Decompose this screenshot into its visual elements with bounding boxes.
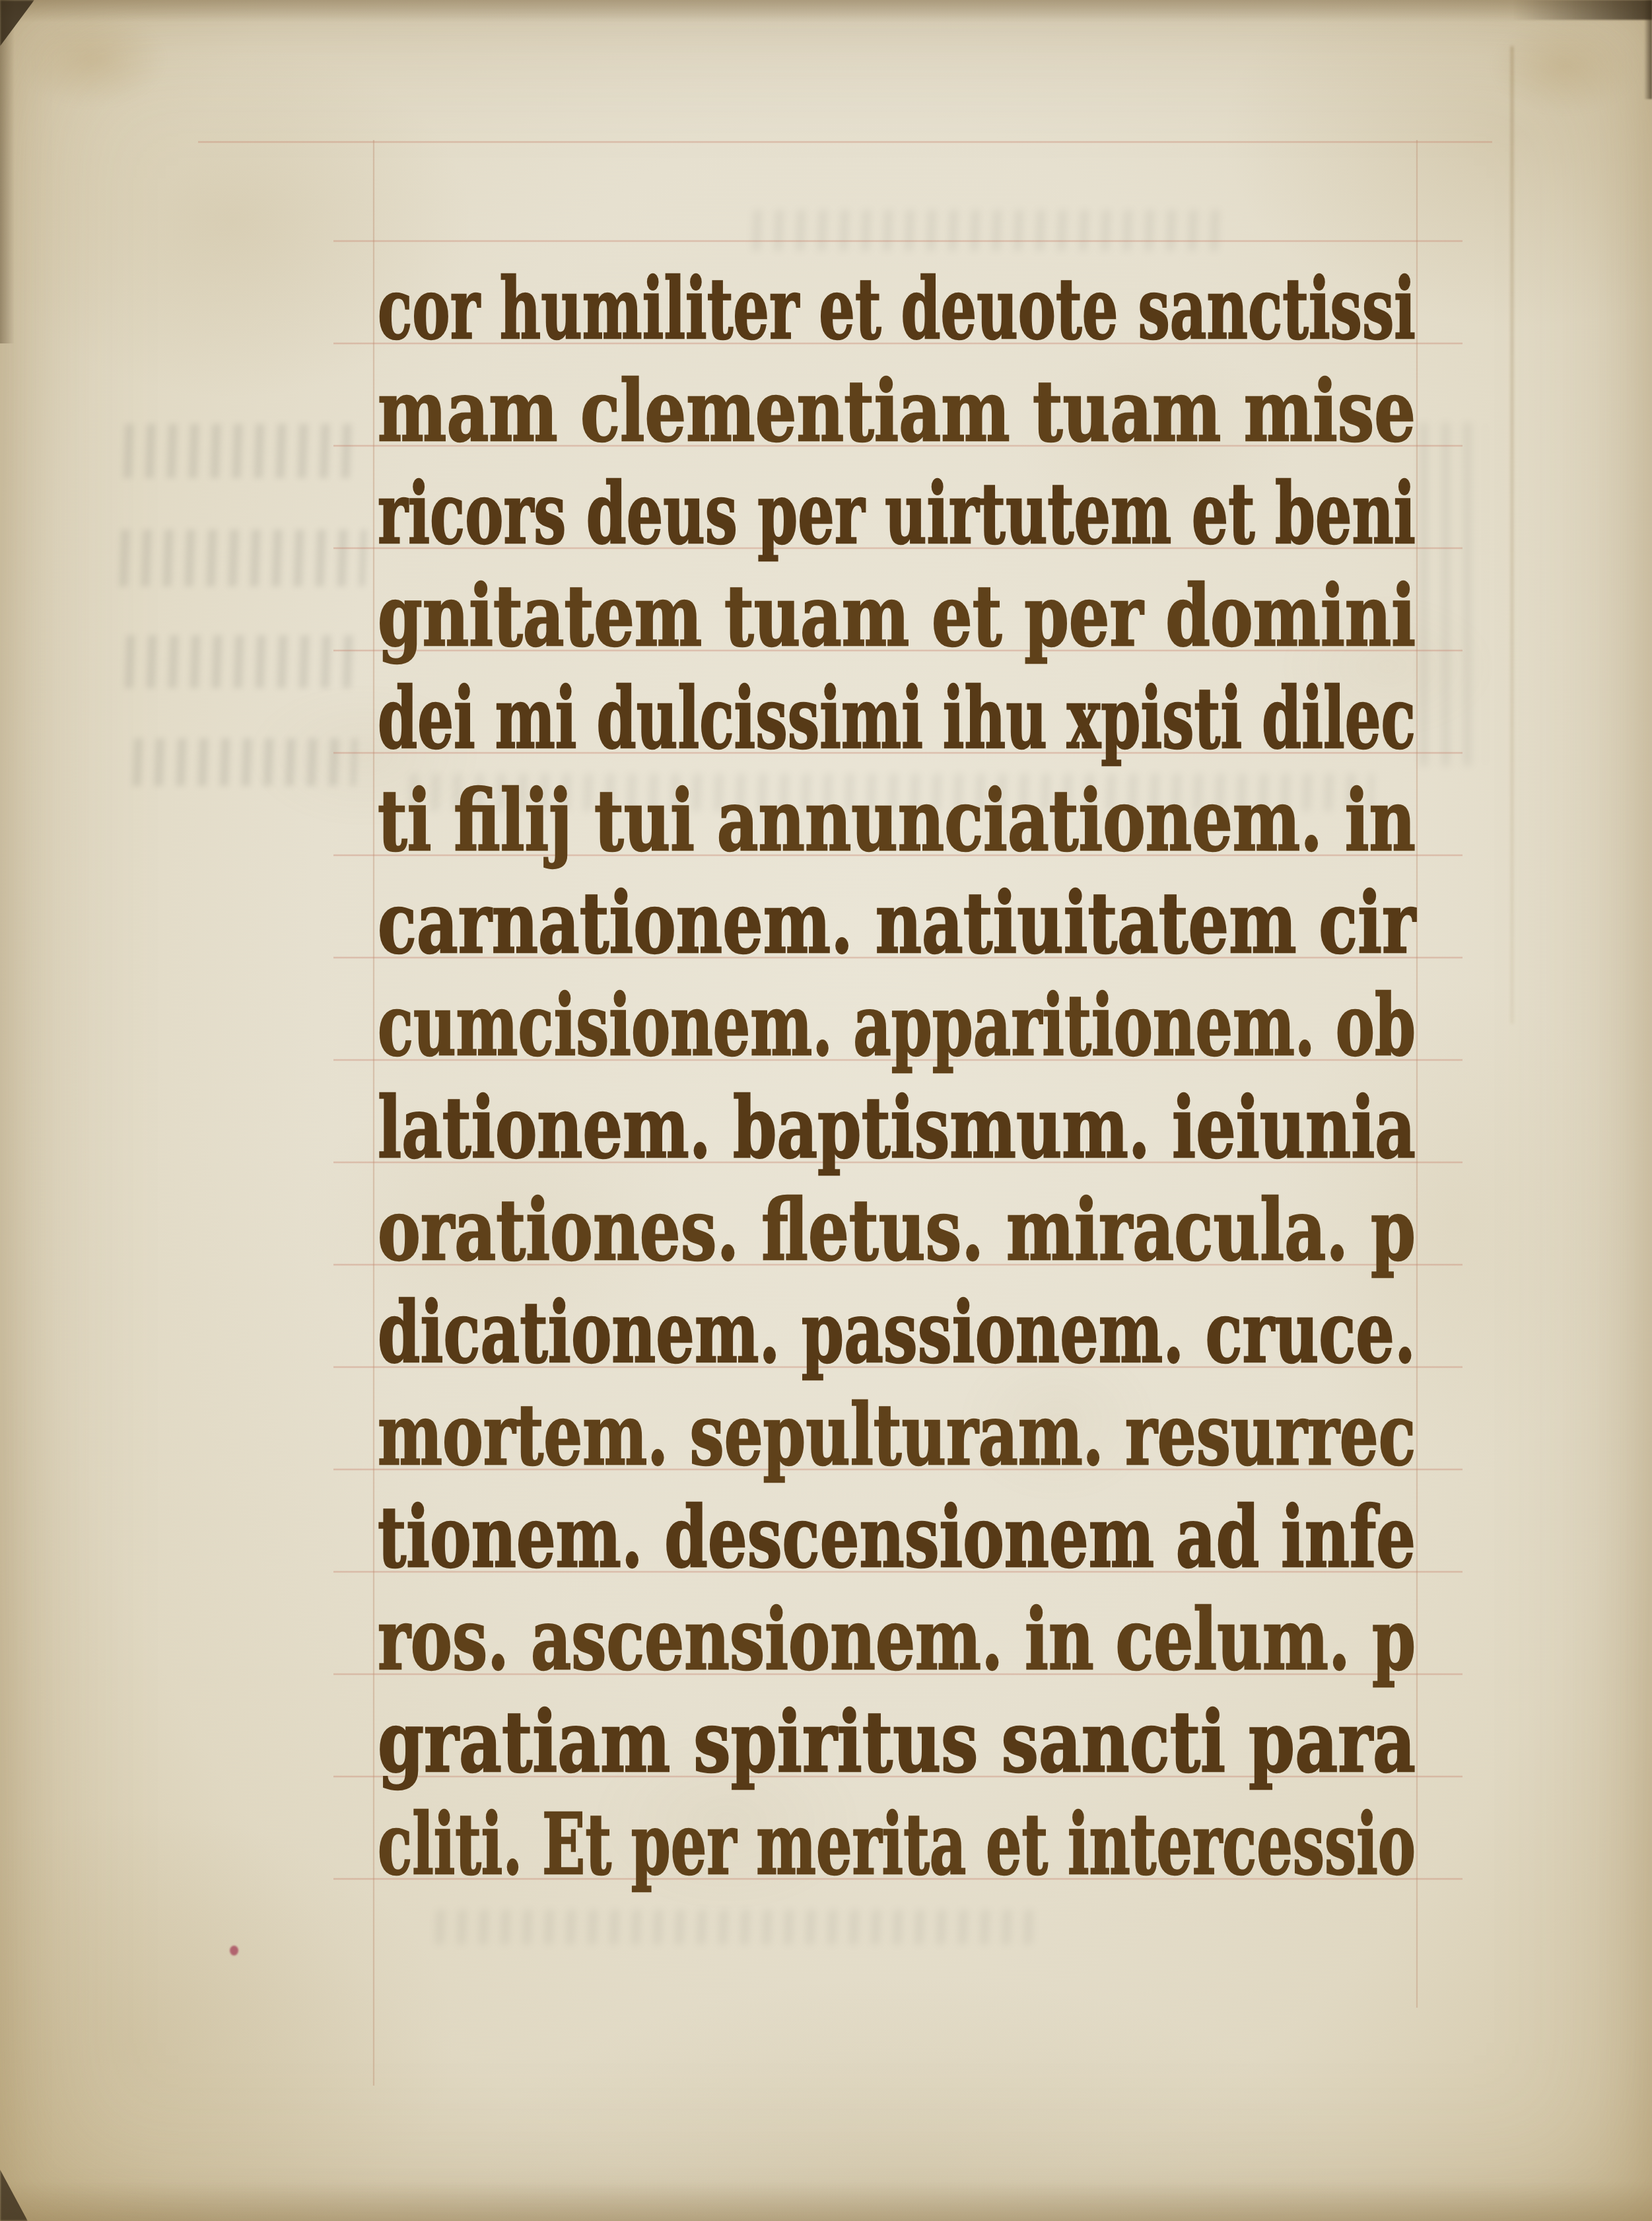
text-line-4: gnitatem tuam et per domini: [378, 567, 1416, 666]
text-line-10: orationes. fletus. miracula. p: [378, 1181, 1416, 1280]
text-line-9: lationem. baptismum. ieiunia: [378, 1078, 1416, 1178]
red-ink-fleck: [230, 1946, 238, 1956]
text-line-2: mam clementiam tuam mise: [378, 362, 1416, 461]
text-line-13: tionem. descensionem ad infe: [378, 1488, 1416, 1587]
text-line-6: ti filij tui annunciationem. in: [378, 771, 1416, 870]
text-line-7: carnationem. natiuitatem cir: [378, 874, 1416, 973]
text-line-3: ricors deus per uirtutem et beni: [378, 464, 1416, 563]
ruled-text-block: cor humiliter et deuote sanctissi mam cl…: [0, 0, 1652, 2221]
manuscript-leaf-photo: cor humiliter et deuote sanctissi mam cl…: [0, 0, 1652, 2221]
edge-shadow-top-right: [1513, 0, 1652, 20]
text-line-12: mortem. sepulturam. resurrec: [378, 1386, 1416, 1485]
text-line-11: dicationem. passionem. cruce.: [378, 1283, 1416, 1382]
edge-shadow-top: [0, 0, 1652, 22]
gothic-text: cor humiliter et deuote sanctissi mam cl…: [378, 260, 1416, 1894]
edge-shadow-right: [1644, 0, 1652, 99]
text-line-5: dei mi dulcissimi ihu xpisti dilec: [378, 669, 1416, 768]
hinge-stain-left: [20, 13, 165, 106]
text-line-14: ros. ascensionem. in celum. p: [378, 1590, 1416, 1689]
vellum-crease: [1511, 46, 1513, 1024]
text-line-8: cumcisionem. apparitionem. ob: [378, 976, 1416, 1075]
hinge-stain-right: [1492, 20, 1637, 112]
text-line-16: cliti. Et per merita et intercessio: [378, 1795, 1416, 1894]
edge-shadow-left: [0, 0, 15, 343]
text-line-1: cor humiliter et deuote sanctissi: [378, 260, 1416, 359]
text-line-15: gratiam spiritus sancti para: [378, 1693, 1416, 1792]
edge-shadow-bottom: [0, 2181, 1652, 2221]
